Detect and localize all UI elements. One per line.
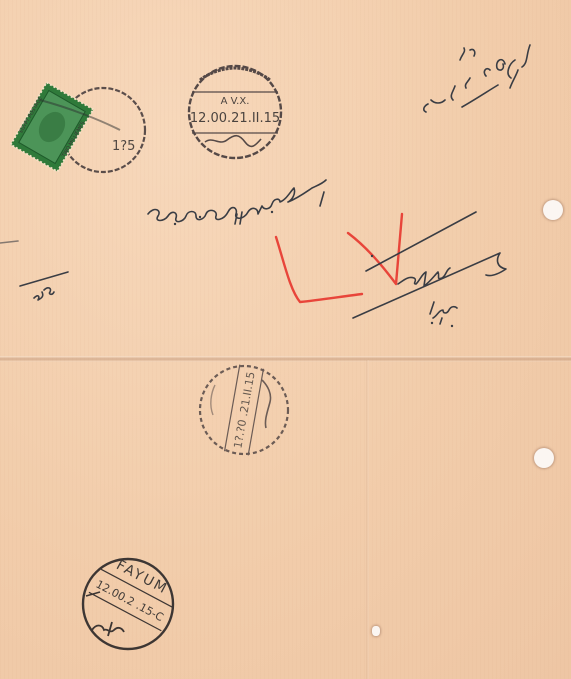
- svg-text:12.00.21.II.15: 12.00.21.II.15: [190, 111, 280, 126]
- red-check-mark: [276, 214, 402, 302]
- postal-cover: 1?5 EGYPT POSTAGE TWO MILLIEMES A V.X. 1…: [0, 0, 571, 679]
- svg-text:1?.?0 .21.II.15: 1?.?0 .21.II.15: [231, 371, 257, 450]
- handwriting-right: [353, 212, 506, 327]
- svg-text:1?5: 1?5: [112, 139, 135, 154]
- handwriting-top-right: [424, 45, 530, 112]
- postmark-upper-center: A V.X. 12.00.21.II.15: [189, 66, 281, 158]
- stamp: EGYPT POSTAGE TWO MILLIEMES: [11, 82, 95, 172]
- handwriting-center: [148, 180, 326, 225]
- handwriting-left: [0, 241, 68, 300]
- cover-artwork: 1?5 EGYPT POSTAGE TWO MILLIEMES A V.X. 1…: [0, 0, 571, 679]
- postmark-fayum: FAYUM 12.00.2 .15-C: [83, 552, 183, 649]
- postmark-middle: 1?.?0 .21.II.15: [200, 365, 288, 456]
- svg-text:A V.X.: A V.X.: [221, 96, 250, 107]
